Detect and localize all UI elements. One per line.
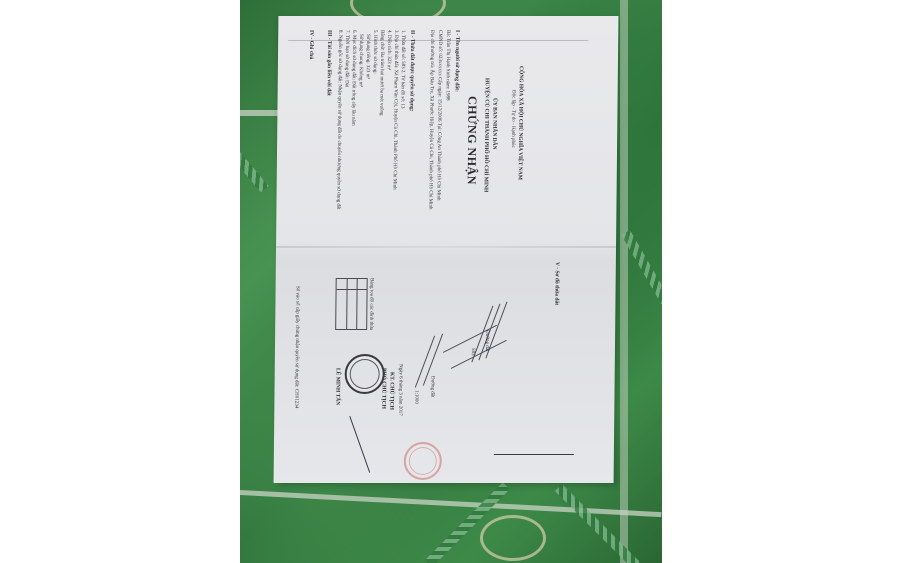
signature-stroke <box>349 416 370 473</box>
section4-heading: IV - Ghi chú <box>308 30 314 59</box>
plot-number: 583 <box>470 348 475 356</box>
photo-frame: CỘNG HÒA XÃ HỘI CHỦ NGHĨA VIỆT NAM Độc l… <box>240 0 662 563</box>
coordinates-table <box>335 278 368 330</box>
signature-role: KT. CHỦ TỊCH <box>388 372 394 410</box>
header-motto: Độc lập - Tự do - Hạnh phúc <box>510 90 516 148</box>
tile-grout <box>240 110 280 116</box>
plot-scale: 1:1000 <box>413 390 418 404</box>
header-nation: CỘNG HÒA XÃ HỘI CHỦ NGHĨA VIỆT NAM <box>517 66 524 180</box>
plot-road-label: Đường đất <box>429 376 434 397</box>
section1-heading: I - Tên người sử dụng đất: <box>454 30 461 92</box>
section2-line: 3. Địa chỉ thửa đất: Xã Phạm Văn Cội, Hu… <box>392 30 399 190</box>
section2-heading: II - Thửa đất được quyền sử dụng: <box>408 30 415 111</box>
section2-line: 7. Thời hạn sử dụng đất: Dài <box>344 30 350 87</box>
section1-line: Bà: Trần Thị Hạnh Sinh năm: 1988 <box>445 30 451 100</box>
header-authority-sub: HUYỆN CỦ CHI THÀNH PHỐ HỒ CHÍ MINH <box>483 78 490 192</box>
section2-line: 8. Nguồn gốc sử dụng đất: Nhận quyền sử … <box>335 30 342 210</box>
section2-line: Sử dụng chung: Không m² <box>358 34 364 87</box>
table-caption: Bảng tọa độ các đỉnh thửa <box>368 278 374 330</box>
section2-line: 4. Diện tích: 323 m² <box>386 30 391 70</box>
tile-ornament <box>480 515 546 561</box>
paper-fold <box>276 246 616 248</box>
document-title: CHỨNG NHẬN <box>464 96 480 185</box>
section2-line: 5. Hình thức sử dụng: <box>372 30 377 74</box>
section2-line: 1. Thửa đất số: 583 2. Tờ bản đồ số: 13 <box>399 30 405 109</box>
plot-scale-bar <box>494 454 574 455</box>
section1-line: Địa chỉ thường trú: Ấp Bàu Tre, Xã Phước… <box>427 30 434 210</box>
tile-border <box>240 140 269 192</box>
registration-note: Số vào sổ cấp giấy chứng nhận quyền sử d… <box>293 286 299 408</box>
header-authority: ỦY BAN NHÂN DÂN <box>491 98 498 150</box>
section2-line: Bằng chữ: Ba trăm hai mươi ba mét vuông <box>378 30 384 116</box>
section1-line: CMND số: 023xxxxxx Cấp ngày: 15/12/2006 … <box>436 30 443 201</box>
section2-line: Sử dụng riêng: 323 m² <box>365 34 370 79</box>
section5-heading: V - Sơ đồ thửa đất <box>553 262 559 305</box>
certificate-paper: CỘNG HÒA XÃ HỘI CHỦ NGHĨA VIỆT NAM Độc l… <box>274 16 619 483</box>
section2-line: 6. Mục đích sử dụng đất: Đất trồng cây l… <box>350 30 356 126</box>
section3-heading: III - Tài sản gắn liền với đất <box>326 30 333 96</box>
signature-date: Ngày 6 tháng 3 năm 2017 <box>397 364 403 416</box>
official-seal <box>344 354 384 394</box>
signer-name: LÊ MINH TẤN <box>334 368 340 405</box>
plot-road-label: Đường đất <box>484 330 489 351</box>
tile-grout <box>240 490 661 517</box>
tile-grout <box>620 0 628 563</box>
registration-seal <box>404 442 442 480</box>
